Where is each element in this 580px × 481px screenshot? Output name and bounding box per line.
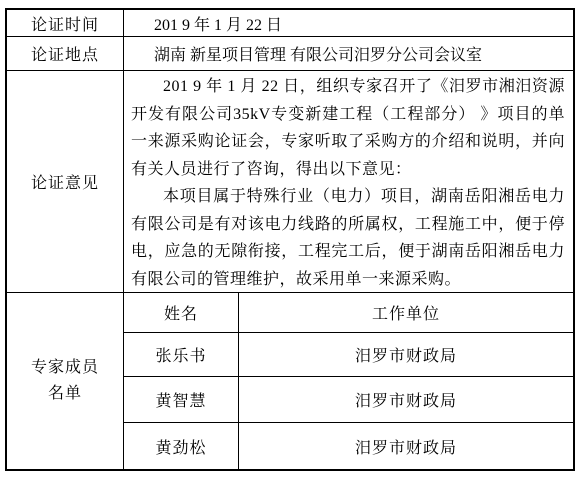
row-label-review-opinion: 论证意见 — [7, 71, 124, 293]
row-label-review-time: 论证时间 — [7, 10, 124, 37]
row-value-review-opinion: 201 9 年 1 月 22 日，组织专家召开了《汨罗市湘汨资源开发有限公司35… — [124, 71, 573, 293]
expert-row-name: 黄智慧 — [124, 377, 239, 423]
expert-row-name: 黄劲松 — [124, 423, 239, 469]
opinion-paragraph-2: 本项目属于特殊行业（电力）项目，湖南岳阳湘岳电力有限公司是有对该电力线路的所属权… — [131, 183, 565, 293]
opinion-paragraph-1: 201 9 年 1 月 22 日，组织专家召开了《汨罗市湘汨资源开发有限公司35… — [131, 73, 565, 183]
row-label-expert-members: 专家成员 名单 — [7, 293, 124, 469]
expert-row-unit: 汨罗市财政局 — [239, 377, 573, 423]
expert-row-unit: 汨罗市财政局 — [239, 423, 573, 469]
expert-row-name: 张乐书 — [124, 333, 239, 377]
document-page: 论证时间 201 9 年 1 月 22 日 论证地点 湖南 新星项目管理 有限公… — [0, 0, 580, 481]
row-value-review-time: 201 9 年 1 月 22 日 — [124, 10, 573, 37]
review-table: 论证时间 201 9 年 1 月 22 日 论证地点 湖南 新星项目管理 有限公… — [5, 8, 575, 471]
expert-row-unit: 汨罗市财政局 — [239, 333, 573, 377]
experts-header-name: 姓名 — [124, 293, 239, 333]
experts-header-unit: 工作单位 — [239, 293, 573, 333]
row-label-review-place: 论证地点 — [7, 37, 124, 71]
row-value-review-place: 湖南 新星项目管理 有限公司汨罗分公司会议室 — [124, 37, 573, 71]
